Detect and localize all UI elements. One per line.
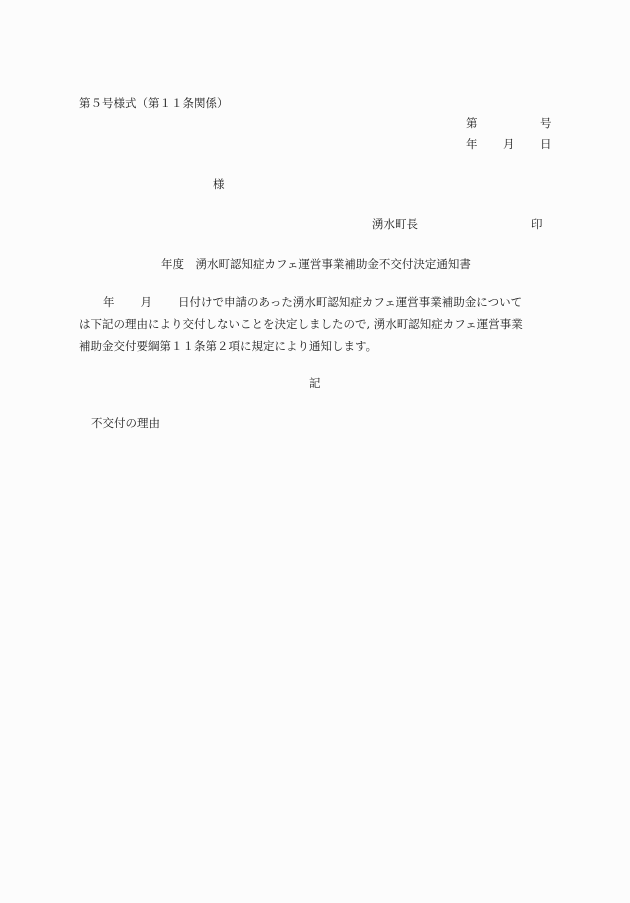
body-line-1-text: 日付けで申請のあった湧水町認知症カフェ運営事業補助金について: [178, 295, 522, 309]
body-paragraph-line-2: は下記の理由により交付しないことを決定しましたので, 湧水町認知症カフェ運営事業: [79, 319, 523, 331]
addressee-suffix: 様: [213, 179, 225, 191]
body-paragraph-line-3: 補助金交付要綱第１１条第２項に規定により通知します。: [79, 341, 377, 353]
document-number-suffix: 号: [540, 118, 552, 130]
body-paragraph-line-1: 年月日付けで申請のあった湧水町認知症カフェ運営事業補助金について: [103, 297, 522, 309]
document-number-prefix: 第: [466, 118, 478, 130]
body-year-label: 年: [103, 295, 115, 309]
document-title: 年度 湧水町認知症カフェ運営事業補助金不交付決定通知書: [161, 259, 471, 271]
date-day-label: 日: [540, 139, 552, 151]
form-number: 第５号様式（第１１条関係）: [79, 98, 229, 110]
date-year-label: 年: [466, 139, 478, 151]
ki-heading: 記: [309, 378, 321, 390]
issuer-name: 湧水町長: [372, 219, 418, 231]
body-month-label: 月: [141, 295, 153, 309]
seal-mark: 印: [531, 219, 543, 231]
non-grant-reason-label: 不交付の理由: [91, 418, 160, 430]
date-month-label: 月: [503, 139, 515, 151]
